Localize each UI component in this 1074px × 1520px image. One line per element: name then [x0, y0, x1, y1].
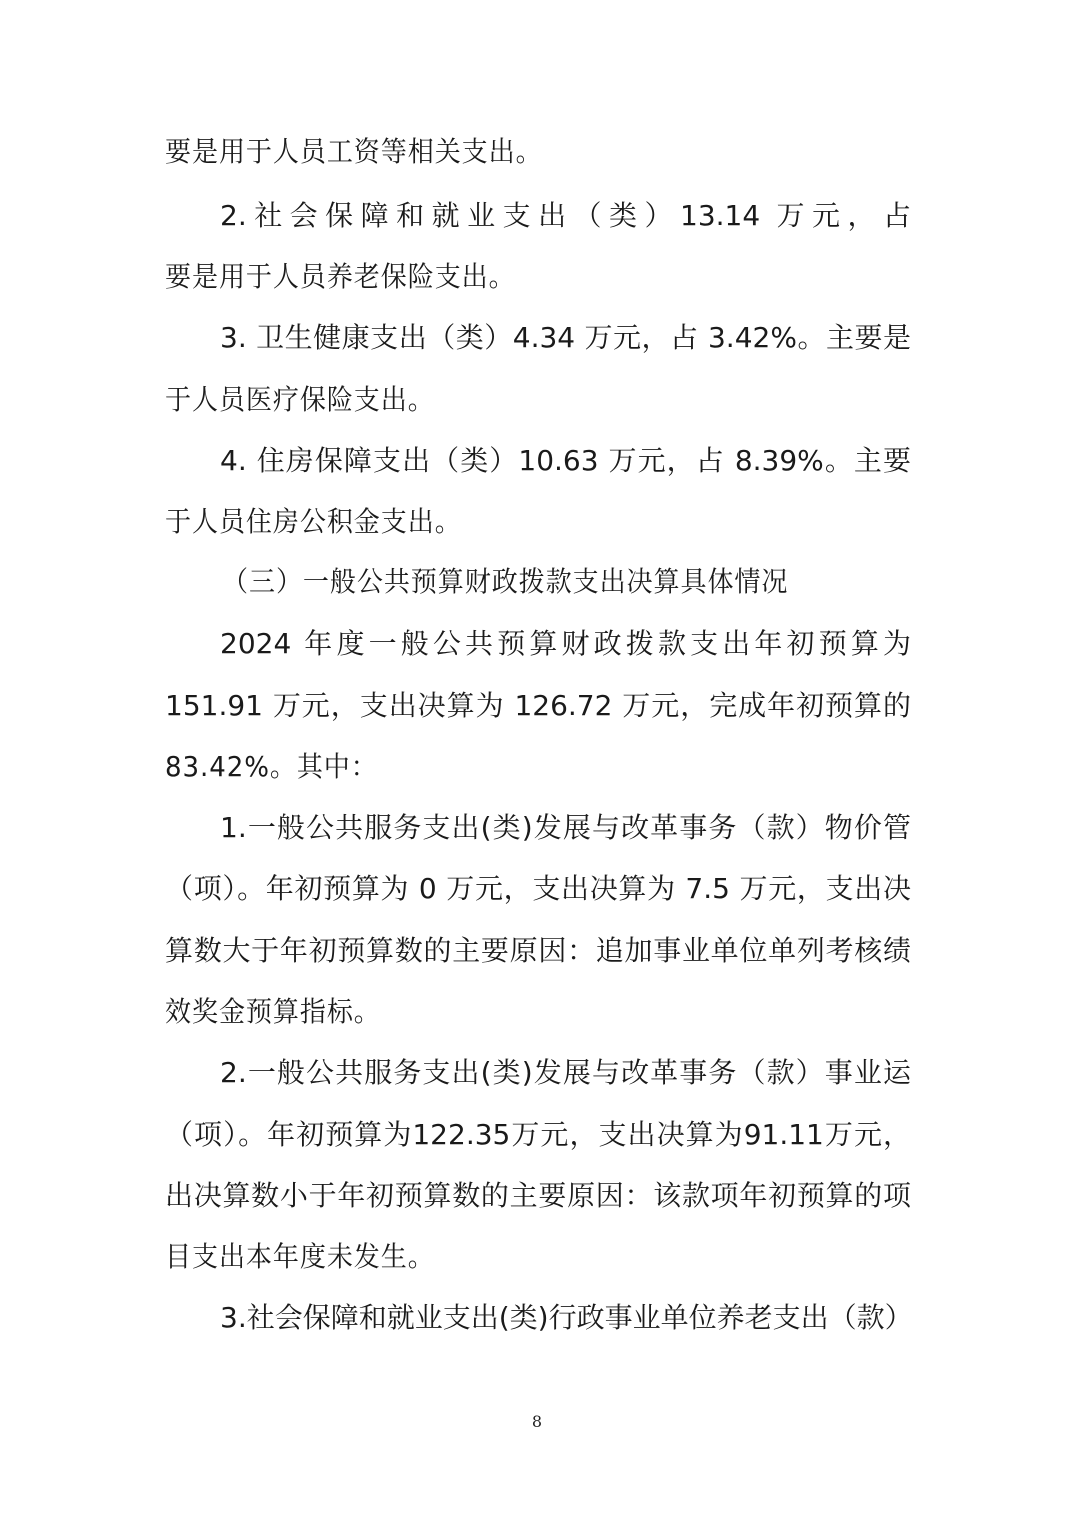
- document-page: 要是用于人员工资等相关支出。 2.社会保障和就业支出（类）13.14 万元，占 …: [0, 0, 1074, 1520]
- body-text-line: 83.42%。其中：: [165, 747, 859, 787]
- page-number: 8: [0, 1412, 1074, 1431]
- section-heading: （三）一般公共预算财政拨款支出决算具体情况: [222, 562, 916, 602]
- body-text-line: 要是用于人员工资等相关支出。: [165, 132, 859, 172]
- body-text-line: 算数大于年初预算数的主要原因：追加事业单位单列考核绩: [165, 931, 911, 971]
- body-text-line: （项）。年初预算为 0 万元，支出决算为 7.5 万元，支出决: [165, 869, 911, 909]
- body-text-line: 3. 卫生健康支出（类）4.34 万元，占 3.42%。主要是用: [220, 318, 911, 358]
- body-text-line: 目支出本年度未发生。: [165, 1237, 859, 1277]
- body-text-line: 出决算数小于年初预算数的主要原因：该款项年初预算的项: [165, 1176, 911, 1216]
- body-text-line: 4. 住房保障支出（类）10.63 万元，占 8.39%。主要是用: [220, 441, 911, 481]
- body-text-line: 2.一般公共服务支出(类)发展与改革事务（款）事业运行: [220, 1053, 911, 1093]
- body-text-line: 于人员医疗保险支出。: [165, 380, 859, 420]
- body-text-line: 3.社会保障和就业支出(类)行政事业单位养老支出（款）: [220, 1298, 911, 1338]
- body-text-line: 效奖金预算指标。: [165, 992, 859, 1032]
- body-text-line: 要是用于人员养老保险支出。: [165, 257, 859, 297]
- body-text-line: 1.一般公共服务支出(类)发展与改革事务（款）物价管理: [220, 808, 911, 848]
- body-text-line: （项）。年初预算为122.35万元，支出决算为91.11万元，支: [165, 1115, 911, 1155]
- body-text-line: 2024 年度一般公共预算财政拨款支出年初预算为: [220, 624, 911, 664]
- body-text-line: 2.社会保障和就业支出（类）13.14 万元，占 10.37%。主: [220, 196, 911, 236]
- body-text-line: 151.91 万元，支出决算为 126.72 万元，完成年初预算的: [165, 686, 911, 726]
- body-text-line: 于人员住房公积金支出。: [165, 502, 859, 542]
